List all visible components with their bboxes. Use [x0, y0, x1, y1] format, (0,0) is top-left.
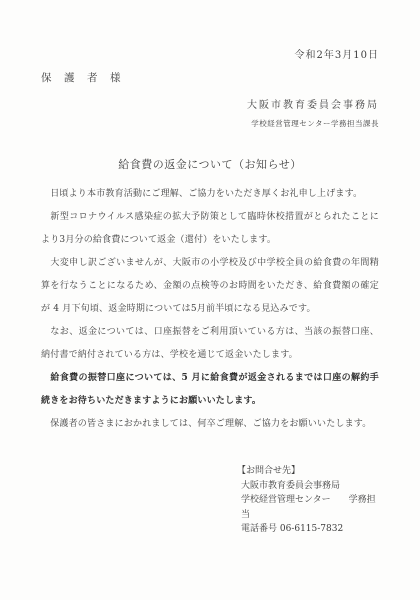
document-body: 日頃より本市教育活動にご理解、ご協力をいただき厚くお礼申し上げます。 新型コロナ…	[41, 183, 379, 436]
contact-header: 【お問合せ先】	[237, 464, 379, 479]
paragraph-schedule: 大変申し訳ございませんが、大阪市の小学校及び中学校全員の給食費の年間精算を行なう…	[41, 252, 379, 321]
paragraph-refund-method: なお、返金については、口座振替をご利用頂いている方は、当該の振替口座、納付書で納…	[41, 321, 379, 367]
paragraph-greeting: 日頃より本市教育活動にご理解、ご協力をいただき厚くお礼申し上げます。	[41, 183, 379, 206]
document-date: 令和2年3月10日	[41, 46, 379, 61]
contact-organization: 大阪市教育委員会事務局	[237, 479, 379, 494]
sender-title: 学校経営管理センター学務担当課長	[41, 118, 379, 129]
paragraph-refund-announcement: 新型コロナウイルス感染症の拡大予防策として臨時休校措置がとられたことにより3月分…	[41, 206, 379, 252]
contact-phone: 電話番号 06-6115-7832	[237, 522, 379, 537]
paragraph-closing: 保護者の皆さまにおかれましては、何卒ご理解、ご協力をお願いいたします。	[41, 413, 379, 436]
contact-department: 学校経営管理センター 学務担当	[237, 493, 379, 522]
recipient-line: 保 護 者 様	[41, 70, 379, 85]
sender-organization: 大阪市教育委員会事務局	[41, 96, 379, 111]
document-page: 令和2年3月10日 保 護 者 様 大阪市教育委員会事務局 学校経営管理センター…	[0, 0, 420, 600]
paragraph-account-notice-bold: 給食費の振替口座については、5 月に給食費が返金されるまでは口座の解約手続きをお…	[41, 367, 379, 413]
sender-block: 大阪市教育委員会事務局 学校経営管理センター学務担当課長	[41, 96, 379, 129]
document-title: 給食費の返金について（お知らせ）	[41, 156, 379, 172]
contact-block: 【お問合せ先】 大阪市教育委員会事務局 学校経営管理センター 学務担当 電話番号…	[237, 464, 379, 537]
